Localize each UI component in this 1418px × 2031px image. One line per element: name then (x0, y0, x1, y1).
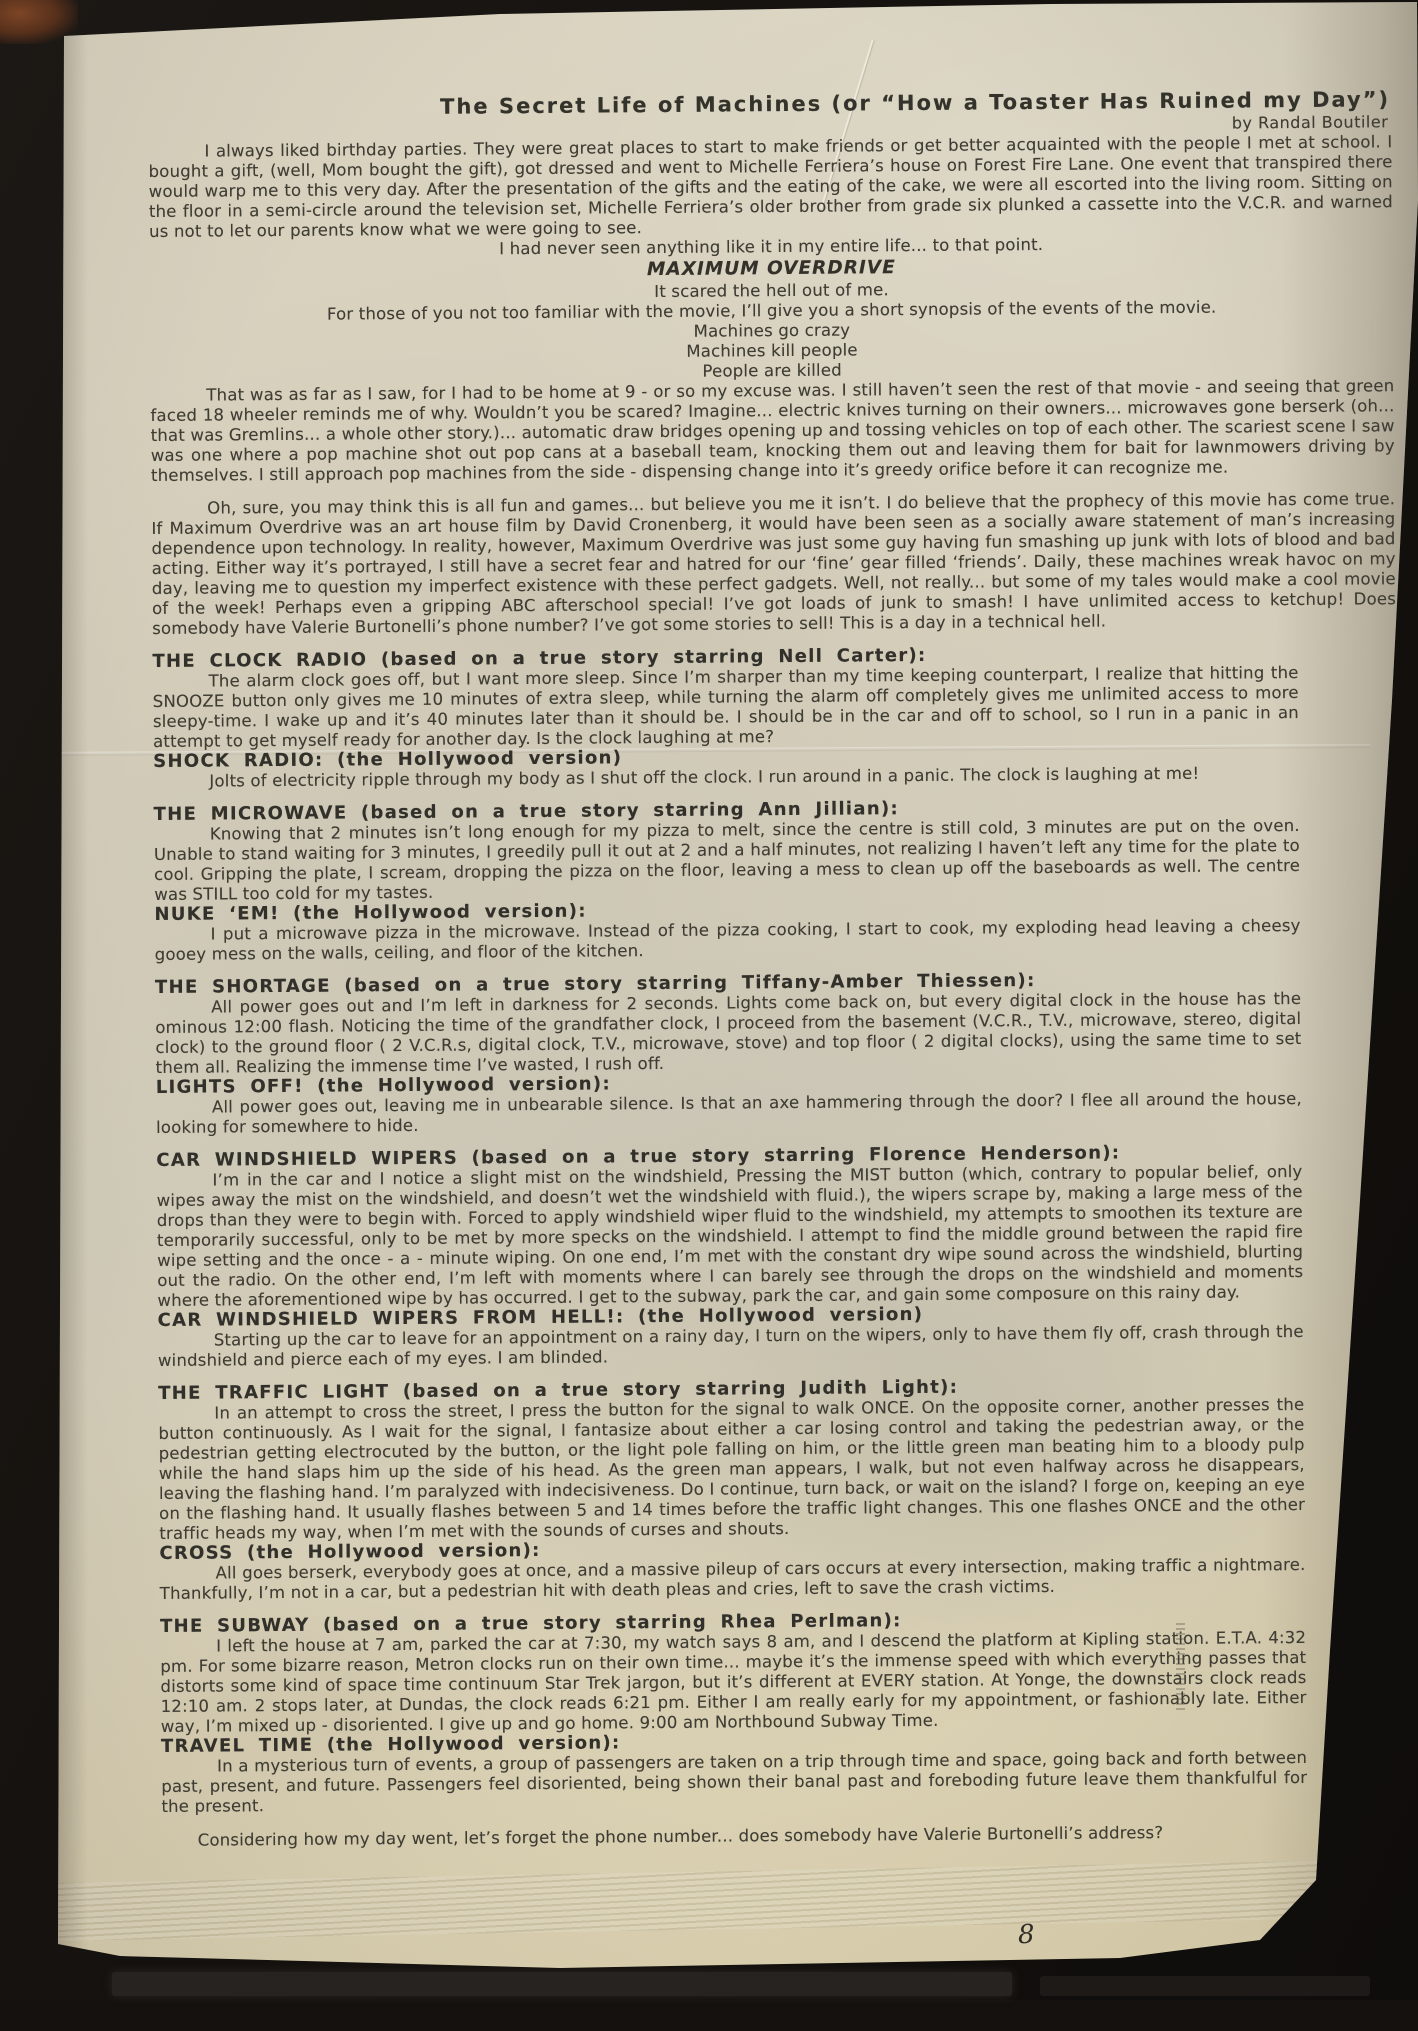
section-body: In a mysterious turn of events, a group … (161, 1748, 1307, 1817)
section-body: The alarm clock goes off, but I want mor… (153, 663, 1300, 752)
section-body: I’m in the car and I notice a slight mis… (156, 1162, 1303, 1311)
section-body: Knowing that 2 minutes isn’t long enough… (154, 816, 1301, 905)
intro-paragraph-1: I always liked birthday parties. They we… (148, 132, 1393, 242)
intro-paragraph-3: Oh, sure, you may think this is all fun … (151, 489, 1396, 639)
scan-background: The Secret Life of Machines (or “How a T… (0, 0, 1418, 2000)
page-number: 8 (1017, 1920, 1035, 1951)
section-body: All goes berserk, everybody goes at once… (160, 1555, 1306, 1604)
story-sections: THE CLOCK RADIO (based on a true story s… (152, 642, 1405, 1817)
section-body: I put a microwave pizza in the microwave… (155, 916, 1301, 965)
intro-paragraph-2: That was as far as I saw, for I had to b… (150, 376, 1395, 486)
section-body: In an attempt to cross the street, I pre… (158, 1395, 1305, 1544)
scanner-bed-strip (112, 1972, 1012, 1996)
paper: The Secret Life of Machines (or “How a T… (0, 0, 1418, 2000)
centered-lines: I had never seen anything like it in my … (149, 232, 1394, 386)
section-body: All power goes out, leaving me in unbear… (156, 1089, 1302, 1138)
section-body: All power goes out and I’m left in darkn… (155, 989, 1302, 1078)
section-body: I left the house at 7 am, parked the car… (160, 1628, 1307, 1737)
page-content: The Secret Life of Machines (or “How a T… (148, 86, 1406, 1851)
scanner-bed-strip-right (1040, 1976, 1370, 1996)
section-body: Starting up the car to leave for an appo… (158, 1322, 1304, 1371)
